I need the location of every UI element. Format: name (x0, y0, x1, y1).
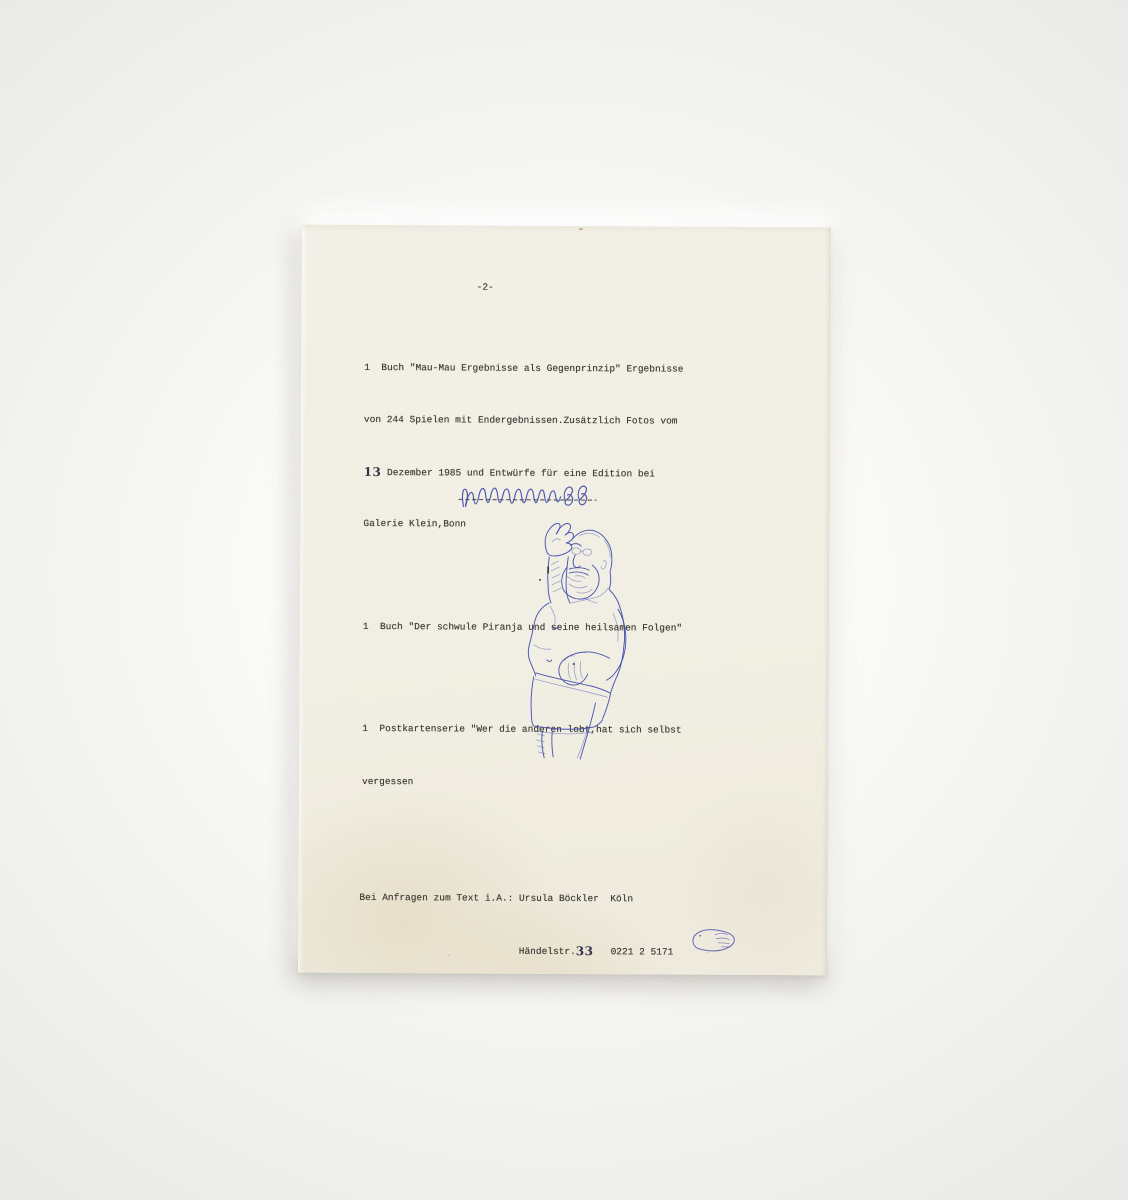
phone-number: 0221 2 5171 (593, 946, 673, 957)
handwritten-date-number: 13 (364, 465, 382, 479)
contact-block: Bei Anfragen zum Text i.A.: Ursula Böckl… (359, 854, 674, 995)
figure-drawing-icon (489, 512, 646, 781)
paper-sheet: -2- 1 Buch "Mau-Mau Ergebnisse als Gegen… (298, 225, 831, 976)
contact-line: Händelstr.33 0221 2 5171 (359, 941, 673, 960)
contact-line: Bei Anfragen zum Text i.A.: Ursula Böckl… (359, 889, 673, 908)
handwritten-house-number: 33 (576, 944, 594, 958)
artist-stamp-icon (688, 925, 748, 957)
street: Händelstr. (519, 946, 576, 957)
contact-lines: Bei Anfragen zum Text i.A.: Ursula Böckl… (359, 854, 674, 995)
entry-line: von 244 Spielen mit Endergebnissen.Zusät… (364, 411, 683, 430)
indent (359, 953, 519, 954)
page-number: -2- (477, 279, 494, 296)
entry-line: 1 Buch "Mau-Mau Ergebnisse als Gegenprin… (364, 359, 683, 378)
photo-of-typewritten-page: { "scene": { "wall_color": "#f3f3f1", "p… (0, 0, 1128, 1200)
signature-scribble-icon (455, 477, 601, 514)
